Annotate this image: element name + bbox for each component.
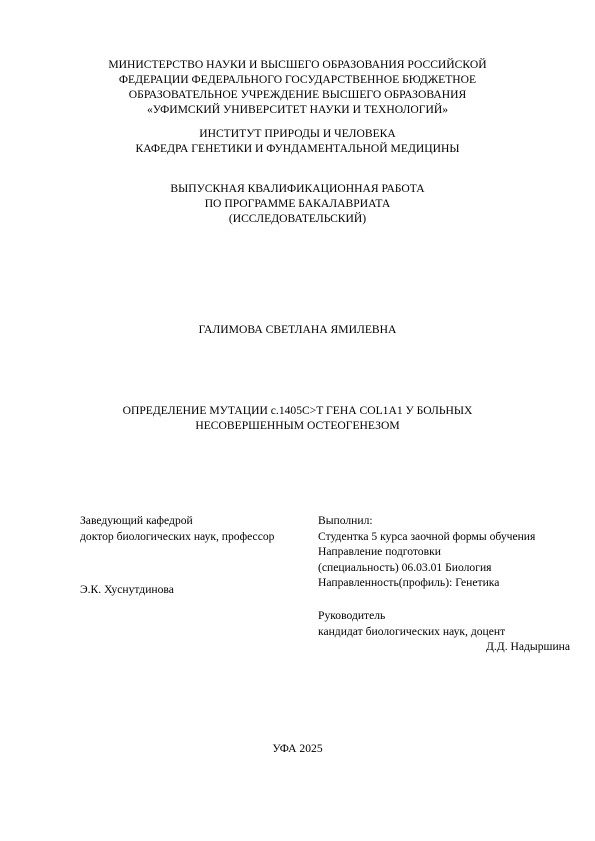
work-type-block: ВЫПУСКНАЯ КВАЛИФИКАЦИОННАЯ РАБОТА ПО ПРО… xyxy=(0,181,595,226)
head-name-text: Э.К. Хуснутдинова xyxy=(80,582,174,598)
training-direction: Направление подготовки xyxy=(318,544,535,560)
thesis-title: ОПРЕДЕЛЕНИЕ МУТАЦИИ c.1405C>T ГЕНА COL1A… xyxy=(0,403,595,433)
city-year-text: УФА 2025 xyxy=(0,741,595,756)
work-type-line: ВЫПУСКНАЯ КВАЛИФИКАЦИОННАЯ РАБОТА xyxy=(0,181,595,196)
head-degree: доктор биологических наук, профессор xyxy=(80,529,274,545)
institute-name: ИНСТИТУТ ПРИРОДЫ И ЧЕЛОВЕКА xyxy=(0,126,595,141)
student-info: Студентка 5 курса заочной формы обучения xyxy=(318,529,535,545)
university-name: «УФИМСКИЙ УНИВЕРСИТЕТ НАУКИ И ТЕХНОЛОГИЙ… xyxy=(0,102,595,117)
head-position: Заведующий кафедрой xyxy=(80,513,274,529)
author-name: ГАЛИМОВА СВЕТЛАНА ЯМИЛЕВНА xyxy=(0,322,595,337)
thesis-title-line: ОПРЕДЕЛЕНИЕ МУТАЦИИ c.1405C>T ГЕНА COL1A… xyxy=(0,403,595,418)
ministry-header: МИНИСТЕРСТВО НАУКИ И ВЫСШЕГО ОБРАЗОВАНИЯ… xyxy=(0,57,595,117)
supervisor-block: Руководитель кандидат биологических наук… xyxy=(318,608,505,639)
performed-by-label: Выполнил: xyxy=(318,513,535,529)
work-type-line: (ИССЛЕДОВАТЕЛЬСКИЙ) xyxy=(0,211,595,226)
head-of-department-block: Заведующий кафедрой доктор биологических… xyxy=(80,513,274,544)
supervisor-label: Руководитель xyxy=(318,608,505,624)
profile: Направленность(профиль): Генетика xyxy=(318,575,535,591)
specialty: (специальность) 06.03.01 Биология xyxy=(318,560,535,576)
supervisor-name: Д.Д. Надыршина xyxy=(486,639,570,655)
ministry-line: ОБРАЗОВАТЕЛЬНОЕ УЧРЕЖДЕНИЕ ВЫСШЕГО ОБРАЗ… xyxy=(0,87,595,102)
department-name: КАФЕДРА ГЕНЕТИКИ И ФУНДАМЕНТАЛЬНОЙ МЕДИЦ… xyxy=(0,141,595,156)
author-name-text: ГАЛИМОВА СВЕТЛАНА ЯМИЛЕВНА xyxy=(0,322,595,337)
supervisor-degree: кандидат биологических наук, доцент xyxy=(318,624,505,640)
head-of-department-name: Э.К. Хуснутдинова xyxy=(80,582,174,598)
ministry-line: ФЕДЕРАЦИИ ФЕДЕРАЛЬНОГО ГОСУДАРСТВЕННОЕ Б… xyxy=(0,72,595,87)
performed-by-block: Выполнил: Студентка 5 курса заочной форм… xyxy=(318,513,535,591)
work-type-line: ПО ПРОГРАММЕ БАКАЛАВРИАТА xyxy=(0,196,595,211)
institute-block: ИНСТИТУТ ПРИРОДЫ И ЧЕЛОВЕКА КАФЕДРА ГЕНЕ… xyxy=(0,126,595,156)
city-year: УФА 2025 xyxy=(0,741,595,756)
thesis-title-line: НЕСОВЕРШЕННЫМ ОСТЕОГЕНЕЗОМ xyxy=(0,418,595,433)
supervisor-name-text: Д.Д. Надыршина xyxy=(486,639,570,655)
ministry-line: МИНИСТЕРСТВО НАУКИ И ВЫСШЕГО ОБРАЗОВАНИЯ… xyxy=(0,57,595,72)
